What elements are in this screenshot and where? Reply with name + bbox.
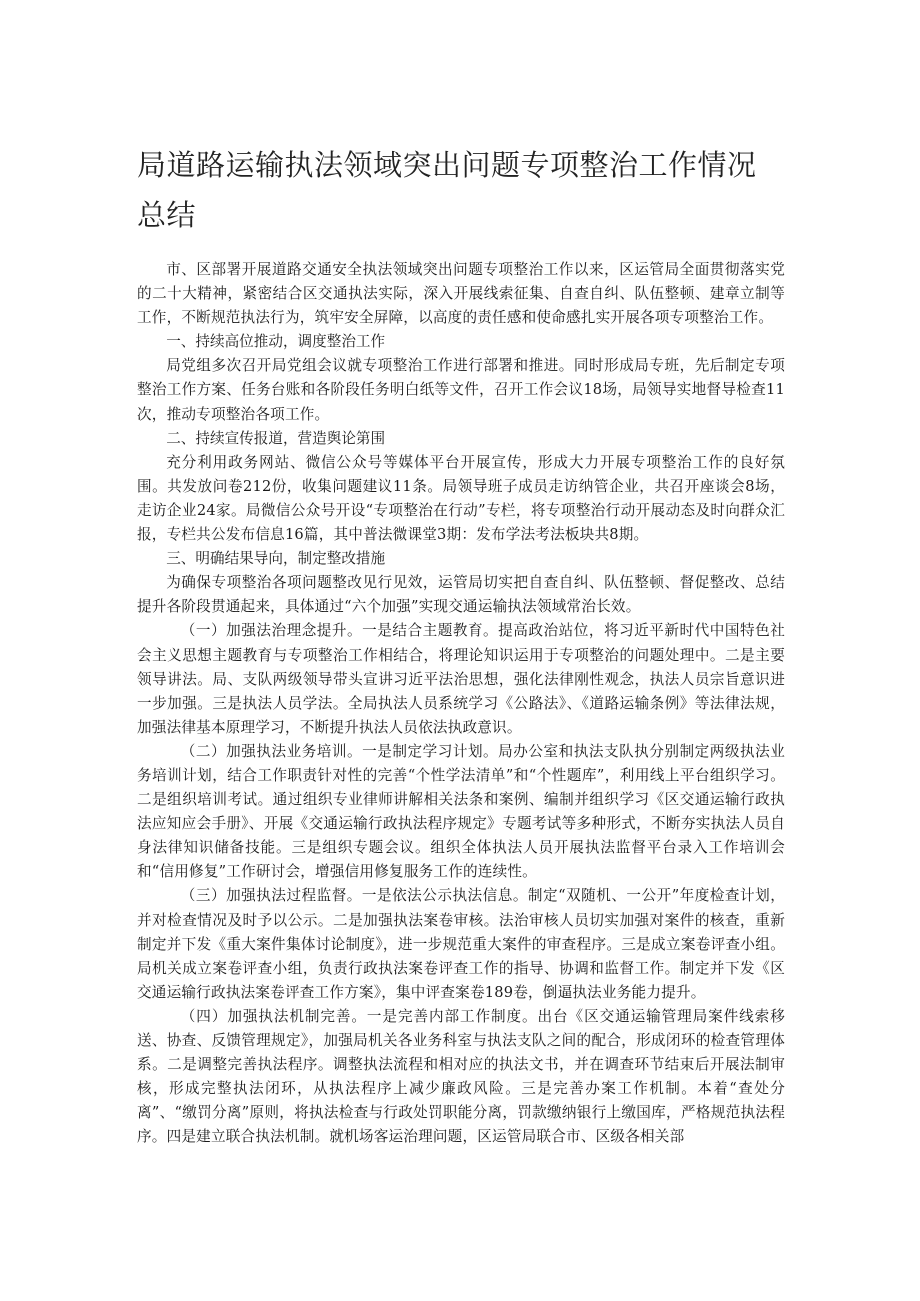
section-heading-2: 二、持续宣传报道，营造舆论第围 [137, 427, 785, 451]
section-heading-3: 三、明确结果导向，制定整改措施 [137, 547, 785, 571]
subsection-2-paragraph: （二）加强执法业务培训。一是制定学习计划。局办公室和执法支队执分别制定两级执法业… [137, 740, 785, 885]
section-heading-1: 一、持续高位推动，调度整治工作 [137, 330, 785, 354]
document-title: 局道路运输执法领域突出问题专项整治工作情况总结 [137, 140, 785, 240]
document-page: 局道路运输执法领域突出问题专项整治工作情况总结 市、区部署开展道路交通安全执法领… [137, 140, 785, 1149]
subsection-1-paragraph: （一）加强法治理念提升。一是结合主题教育。提高政治站位，将习近平新时代中国特色社… [137, 619, 785, 739]
subsection-3-paragraph: （三）加强执法过程监督。一是依法公示执法信息。制定“双随机、一公开”年度检查计划… [137, 884, 785, 1004]
subsection-4-paragraph: （四）加强执法机制完善。一是完善内部工作制度。出台《区交通运输管理局案件线索移送… [137, 1005, 785, 1150]
section-2-paragraph: 充分利用政务网站、微信公众号等媒体平台开展宣传，形成大力开展专项整治工作的良好氛… [137, 451, 785, 547]
intro-paragraph: 市、区部署开展道路交通安全执法领域突出问题专项整治工作以来，区运管局全面贯彻落实… [137, 258, 785, 330]
section-1-paragraph: 局党组多次召开局党组会议就专项整治工作进行部署和推进。同时形成局专班，先后制定专… [137, 354, 785, 426]
section-3-paragraph: 为确保专项整治各项问题整改见行见效，运管局切实把自查自纠、队伍整顿、督促整改、总… [137, 571, 785, 619]
